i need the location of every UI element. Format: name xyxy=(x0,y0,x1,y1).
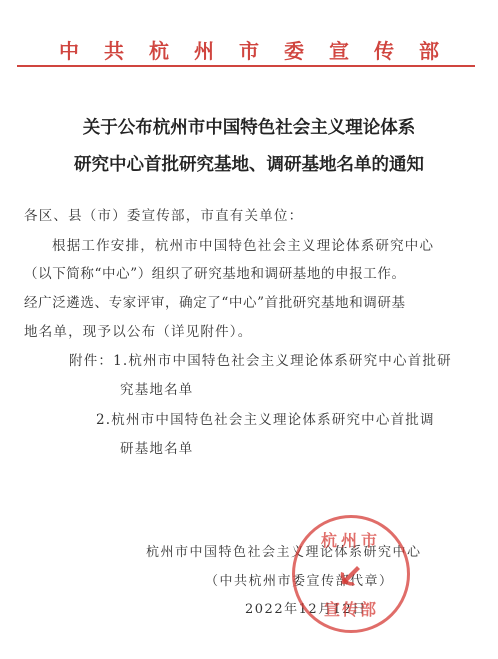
issue-date: 2022年12月12日 xyxy=(245,598,367,617)
paragraph-line: 地名单，现予以公布（详见附件）。 xyxy=(24,320,252,340)
salutation: 各区、县（市）委宣传部，市直有关单位： xyxy=(24,204,303,224)
attachment-title-line-1: 杭州市中国特色社会主义理论体系研究中心首批调 xyxy=(111,412,434,428)
attachment-item-1: 附件：1.杭州市中国特色社会主义理论体系研究中心首批研 xyxy=(69,349,452,369)
attachment-title-line-1: 杭州市中国特色社会主义理论体系研究中心首批研 xyxy=(128,353,451,369)
issuer-name: 杭州市中国特色社会主义理论体系研究中心 xyxy=(146,541,422,560)
letterhead-divider xyxy=(17,65,475,67)
paragraph-line: （以下简称“中心”）组织了研究基地和调研基地的申报工作。 xyxy=(24,262,406,282)
title-line-2: 研究中心首批研究基地、调研基地名单的通知 xyxy=(0,147,498,184)
title-line-1: 关于公布杭州市中国特色社会主义理论体系 xyxy=(0,110,498,147)
attachment-number: 1. xyxy=(113,353,128,369)
paragraph-line: 经广泛遴选、专家评审，确定了“中心”首批研究基地和调研基 xyxy=(24,291,406,311)
attachments-label: 附件： xyxy=(69,353,113,369)
attachment-item-2: 2.杭州市中国特色社会主义理论体系研究中心首批调 xyxy=(96,408,435,428)
document-title: 关于公布杭州市中国特色社会主义理论体系 研究中心首批研究基地、调研基地名单的通知 xyxy=(0,110,498,184)
seal-note: （中共杭州市委宣传部代章） xyxy=(205,570,394,589)
attachment-title-line-2: 究基地名单 xyxy=(120,378,194,398)
paragraph-line: 根据工作安排，杭州市中国特色社会主义理论体系研究中心 xyxy=(52,234,434,254)
attachment-number: 2. xyxy=(96,412,111,428)
letterhead-org-name: 中共杭州市委宣传部 xyxy=(0,38,498,64)
attachment-title-line-2: 研基地名单 xyxy=(120,437,194,457)
